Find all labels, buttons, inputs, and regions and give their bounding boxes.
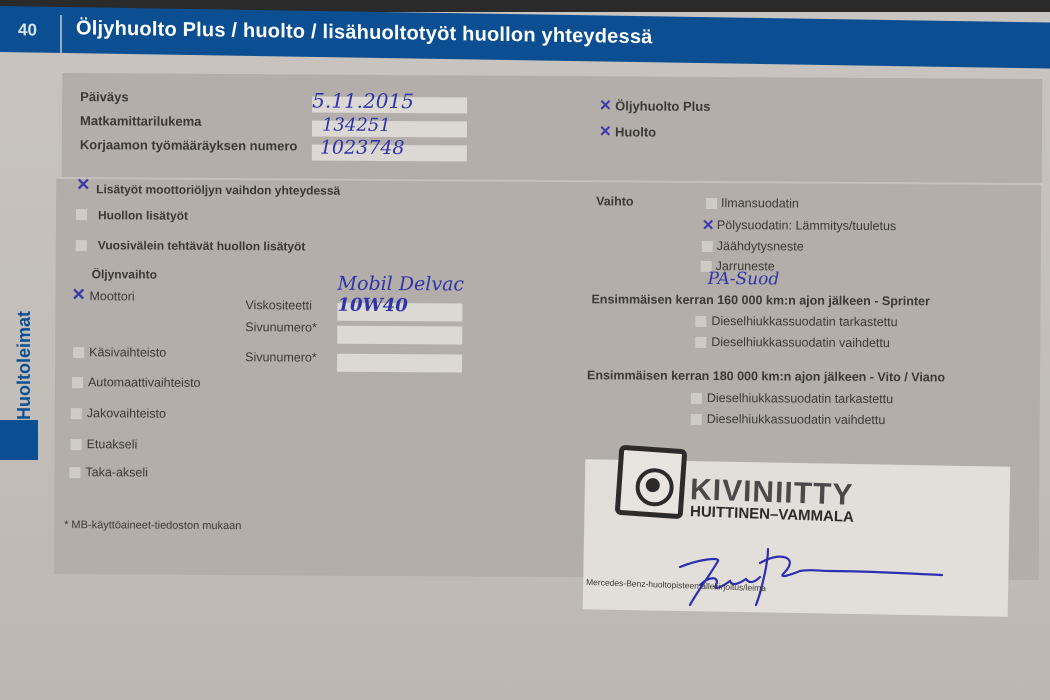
huolto-label: Huolto <box>615 124 656 139</box>
header-divider <box>60 15 62 53</box>
service-extra-work-checkbox[interactable] <box>76 209 87 220</box>
engine-label: Moottori <box>89 289 134 303</box>
page-number-field-1[interactable] <box>337 326 462 345</box>
sprinter-dpf-replaced-checkbox[interactable] <box>695 337 706 348</box>
oljyhuolto-plus-checkbox[interactable]: ✕ <box>599 100 612 112</box>
side-tab-label: Huoltoleimat <box>14 311 35 420</box>
work-order-label: Korjaamon työmääräyksen numero <box>80 137 298 153</box>
sprinter-dpf-checked-label: Dieselhiukkassuodatin tarkastettu <box>711 314 897 329</box>
rear-axle-label: Taka-akseli <box>85 465 148 479</box>
page-number-field-2[interactable] <box>337 354 462 373</box>
annual-extra-work-label: Vuosivälein tehtävät huollon lisätyöt <box>98 238 306 253</box>
vito-dpf-replaced-label: Dieselhiukkassuodatin vaihdettu <box>707 412 886 427</box>
date-label: Päiväys <box>80 89 129 104</box>
handwritten-note: PA-Suod <box>708 269 780 289</box>
vito-dpf-checked-checkbox[interactable] <box>691 393 702 404</box>
front-axle-checkbox[interactable] <box>71 439 82 450</box>
header-info-panel: Päiväys Matkamittarilukema Korjaamon työ… <box>62 73 1043 183</box>
automatic-gearbox-checkbox[interactable] <box>72 377 83 388</box>
page-number: 40 <box>18 20 37 40</box>
automatic-gearbox-label: Automaattivaihteisto <box>88 375 201 390</box>
service-extra-work-label: Huollon lisätyöt <box>98 208 188 223</box>
page-header: 40 Öljyhuolto Plus / huolto / lisähuolto… <box>0 6 1050 68</box>
vito-heading: Ensimmäisen kerran 180 000 km:n ajon jäl… <box>587 368 945 384</box>
huolto-checkbox[interactable]: ✕ <box>599 126 612 138</box>
rear-axle-checkbox[interactable] <box>69 467 80 478</box>
oil-change-heading: Öljynvaihto <box>92 267 157 281</box>
sprinter-dpf-checked-checkbox[interactable] <box>695 316 706 327</box>
vito-dpf-replaced-checkbox[interactable] <box>691 414 702 425</box>
footnote: * MB-käyttöaineet-tiedoston mukaan <box>64 519 241 532</box>
viscosity-label: Viskositeetti <box>245 298 312 312</box>
sprinter-dpf-replaced-label: Dieselhiukkassuodatin vaihdettu <box>711 335 890 350</box>
sprinter-heading: Ensimmäisen kerran 160 000 km:n ajon jäl… <box>591 292 929 308</box>
date-value: 5.11.2015 <box>312 89 414 114</box>
front-axle-label: Etuakseli <box>87 437 138 451</box>
odometer-value: 134251 <box>322 115 391 136</box>
manual-gearbox-checkbox[interactable] <box>73 347 84 358</box>
pollen-filter-label: Pölysuodatin: Lämmitys/tuuletus <box>717 218 896 233</box>
engine-checkbox[interactable]: ✕ <box>71 289 85 301</box>
odometer-label: Matkamittarilukema <box>80 113 201 129</box>
transfer-case-label: Jakovaihteisto <box>87 406 166 420</box>
vaihto-label: Vaihto <box>596 194 634 208</box>
extra-work-oil-checkbox[interactable]: ✕ <box>76 179 90 191</box>
manual-gearbox-label: Käsivaihteisto <box>89 345 166 359</box>
side-tab-marker <box>0 420 38 460</box>
coolant-label: Jäähdytysneste <box>717 239 804 254</box>
annual-extra-work-checkbox[interactable] <box>76 240 87 251</box>
extra-work-oil-label: Lisätyöt moottoriöljyn vaihdon yhteydess… <box>96 182 340 197</box>
work-order-value: 1023748 <box>320 137 405 160</box>
coolant-checkbox[interactable] <box>702 241 713 252</box>
workshop-logo-icon <box>615 445 688 520</box>
viscosity-value: 10W40 <box>337 295 407 316</box>
page-title: Öljyhuolto Plus / huolto / lisähuoltotyö… <box>76 17 652 49</box>
transfer-case-checkbox[interactable] <box>71 408 82 419</box>
oil-brand-handwritten: Mobil Delvac <box>338 273 465 296</box>
page-number-label-1: Sivunumero* <box>245 320 317 334</box>
oljyhuolto-plus-label: Öljyhuolto Plus <box>615 98 710 114</box>
air-filter-checkbox[interactable] <box>706 198 717 209</box>
vito-dpf-checked-label: Dieselhiukkassuodatin tarkastettu <box>707 391 893 406</box>
page-number-label-2: Sivunumero* <box>245 350 317 364</box>
air-filter-label: Ilmansuodatin <box>721 196 799 210</box>
pollen-filter-checkbox[interactable]: ✕ <box>702 220 715 232</box>
